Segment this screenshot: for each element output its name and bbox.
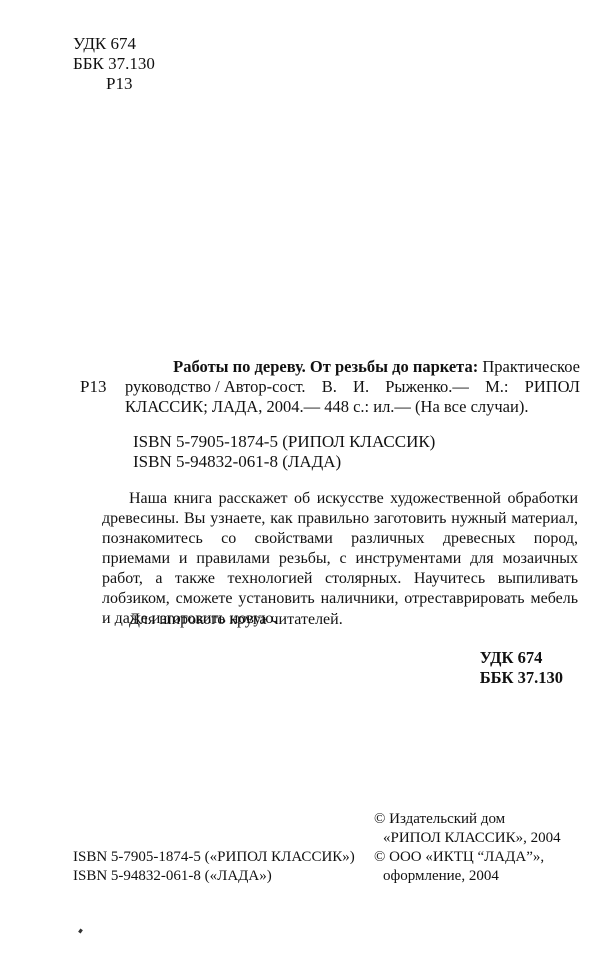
- copyright-line: © Издательский дом: [374, 810, 561, 829]
- copyright-line: оформление, 2004: [374, 867, 561, 886]
- isbn-lada: ISBN 5-94832-061-8 (ЛАДА): [133, 452, 435, 472]
- bib-word: руководство / Автор-сост.: [125, 377, 306, 397]
- isbn-list: ISBN 5-7905-1874-5 (РИПОЛ КЛАССИК) ISBN …: [133, 432, 435, 472]
- isbn-list-bottom: ISBN 5-7905-1874-5 («РИПОЛ КЛАССИК») ISB…: [73, 848, 355, 886]
- book-title: Работы по дереву. От резьбы до паркета:: [173, 357, 478, 376]
- bbk-code-bottom: ББК 37.130: [480, 668, 563, 688]
- bib-word: РИПОЛ: [525, 377, 580, 397]
- bib-publication-line: КЛАССИК; ЛАДА, 2004.— 448 с.: ил.— (На в…: [125, 397, 528, 417]
- bib-responsibility-line: руководство / Автор-сост. В. И. Рыженко.…: [125, 377, 580, 397]
- copyright-line: «РИПОЛ КЛАССИК», 2004: [374, 829, 561, 848]
- isbn-ripol-bottom: ISBN 5-7905-1874-5 («РИПОЛ КЛАССИК»): [73, 848, 355, 867]
- bib-word: Рыженко.—: [385, 377, 469, 397]
- bbk-code: ББК 37.130: [73, 54, 155, 74]
- bottom-classification-codes: УДК 674 ББК 37.130: [480, 648, 563, 688]
- isbn-lada-bottom: ISBN 5-94832-061-8 («ЛАДА»): [73, 867, 355, 886]
- bib-word: М.:: [485, 377, 508, 397]
- udk-code-bottom: УДК 674: [480, 648, 563, 668]
- scan-speck: [78, 929, 83, 934]
- annotation-paragraph: Наша книга расскажет об искусстве художе…: [102, 489, 578, 629]
- audience-note: Для широкого круга читателей.: [129, 610, 343, 630]
- bib-author-mark: Р13: [80, 377, 106, 397]
- isbn-ripol: ISBN 5-7905-1874-5 (РИПОЛ КЛАССИК): [133, 432, 435, 452]
- author-mark: Р13: [73, 74, 155, 94]
- udk-code: УДК 674: [73, 34, 155, 54]
- bib-word: В.: [322, 377, 337, 397]
- copyright-notice: © Издательский дом «РИПОЛ КЛАССИК», 2004…: [374, 810, 561, 886]
- book-subtitle-start: Практическое: [478, 357, 580, 376]
- copyright-line: © ООО «ИКТЦ “ЛАДА”»,: [374, 848, 561, 867]
- bib-word: И.: [353, 377, 369, 397]
- top-classification-codes: УДК 674 ББК 37.130 Р13: [73, 34, 155, 94]
- bib-title-line: Работы по дереву. От резьбы до паркета: …: [173, 357, 580, 377]
